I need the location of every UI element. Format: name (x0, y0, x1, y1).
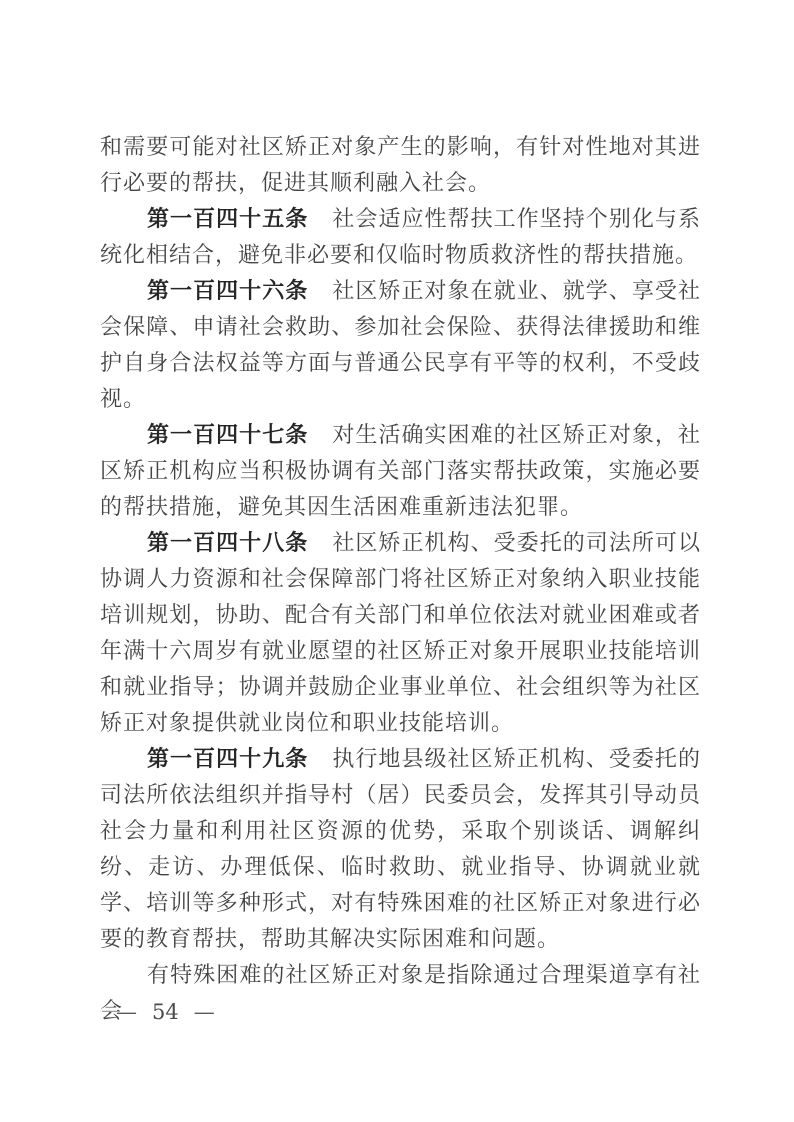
footer-dash-right: — (194, 1000, 215, 1024)
paragraph-article-145: 第一百四十五条社会适应性帮扶工作坚持个别化与系统化相结合，避免非必要和仅临时物质… (100, 202, 701, 274)
paragraph-text: 社区矫正机构、受委托的司法所可以协调人力资源和社会保障部门将社区矫正对象纳入职业… (100, 531, 701, 736)
article-number: 第一百四十七条 (147, 423, 308, 448)
paragraph-article-146: 第一百四十六条社区矫正对象在就业、就学、享受社会保障、申请社会救助、参加社会保险… (100, 274, 701, 418)
article-number: 第一百四十八条 (147, 531, 308, 556)
page-footer: — 54 — (116, 1000, 215, 1024)
page-number: 54 (152, 1000, 179, 1024)
paragraph-article-147: 第一百四十七条对生活确实困难的社区矫正对象，社区矫正机构应当积极协调有关部门落实… (100, 418, 701, 526)
paragraph-article-148: 第一百四十八条社区矫正机构、受委托的司法所可以协调人力资源和社会保障部门将社区矫… (100, 526, 701, 742)
article-number: 第一百四十六条 (147, 279, 308, 304)
paragraph-continuation-top: 和需要可能对社区矫正对象产生的影响，有针对性地对其进行必要的帮扶，促进其顺利融入… (100, 130, 701, 202)
article-number: 第一百四十九条 (147, 747, 308, 772)
paragraph-text: 和需要可能对社区矫正对象产生的影响，有针对性地对其进行必要的帮扶，促进其顺利融入… (100, 135, 701, 196)
paragraph-text: 执行地县级社区矫正机构、受委托的司法所依法组织并指导村（居）民委员会，发挥其引导… (100, 747, 701, 952)
page-content: 和需要可能对社区矫正对象产生的影响，有针对性地对其进行必要的帮扶，促进其顺利融入… (100, 130, 701, 1030)
document-page: 和需要可能对社区矫正对象产生的影响，有针对性地对其进行必要的帮扶，促进其顺利融入… (0, 0, 794, 1122)
footer-dash-left: — (116, 1000, 137, 1024)
paragraph-article-149: 第一百四十九条执行地县级社区矫正机构、受委托的司法所依法组织并指导村（居）民委员… (100, 742, 701, 958)
article-number: 第一百四十五条 (147, 207, 308, 232)
